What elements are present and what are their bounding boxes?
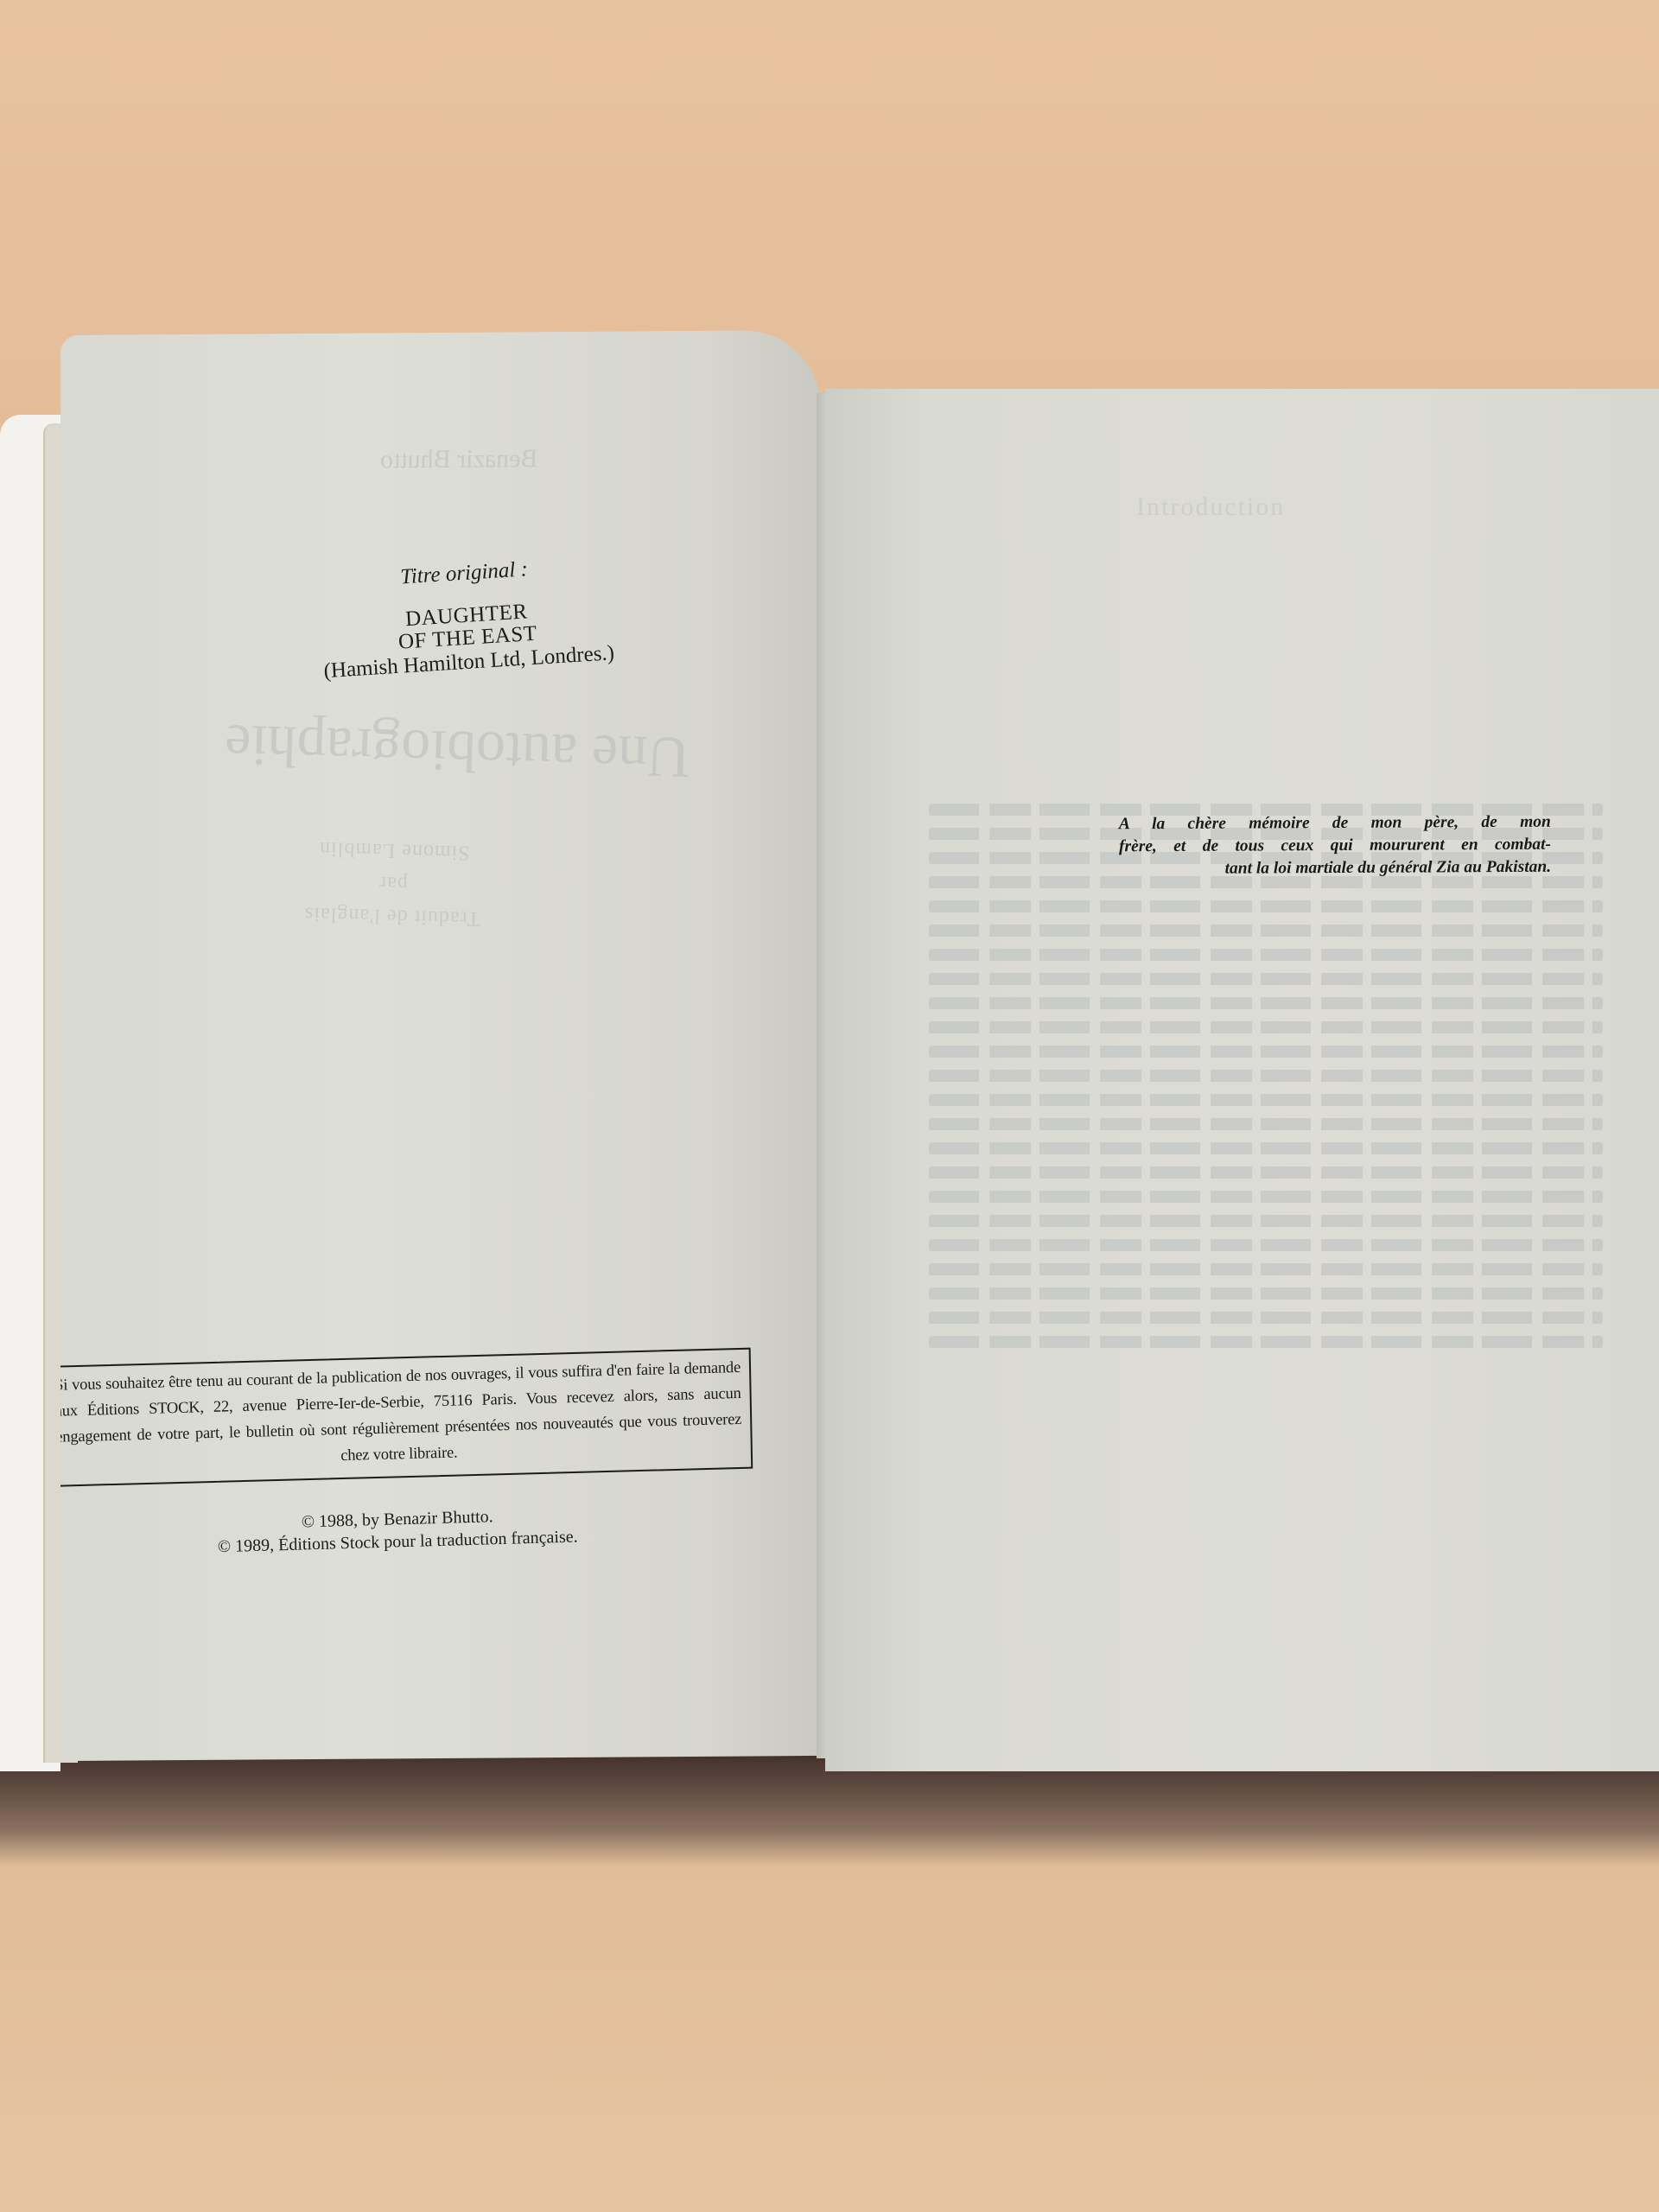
- dedication-line: A la chère mémoire de mon père, de mon: [1119, 811, 1551, 836]
- show-through-line: [929, 1118, 1603, 1130]
- show-through-title: Une autobiographie: [224, 710, 691, 791]
- dedication-line: tant la loi martiale du général Zia au P…: [1119, 856, 1551, 881]
- show-through-line: Traduit de l'anglais: [283, 897, 500, 936]
- show-through-line: [929, 1021, 1603, 1033]
- show-through-line: [929, 1215, 1603, 1227]
- original-title-label: Titre original :: [257, 549, 672, 599]
- show-through-line: [929, 1191, 1603, 1203]
- show-through-line: Simone Lamblin: [286, 831, 503, 870]
- show-through-line: [929, 1287, 1603, 1300]
- copyright-block: © 1988, by Benazir Bhutto. © 1989, Éditi…: [181, 1502, 614, 1559]
- show-through-line: [929, 997, 1603, 1009]
- show-through-line: [929, 973, 1603, 985]
- dedication: A la chère mémoire de mon père, de mon f…: [1119, 811, 1551, 881]
- show-through-line: [929, 949, 1603, 961]
- show-through-line: [929, 1070, 1603, 1082]
- dedication-line: frère, et de tous ceux qui moururent en …: [1119, 834, 1551, 859]
- show-through-line: [929, 1166, 1603, 1179]
- show-through-line: [929, 1142, 1603, 1154]
- show-through-line: [929, 900, 1603, 912]
- show-through-line: [929, 1312, 1603, 1324]
- show-through-chapter-header: Introduction: [1136, 493, 1285, 522]
- show-through-line: [929, 925, 1603, 937]
- show-through-line: [929, 1094, 1603, 1106]
- show-through-author-header: Benazir Bhutto: [380, 444, 537, 474]
- show-through-translation-credit: Traduit de l'anglais par Simone Lamblin: [283, 831, 503, 936]
- publisher-notice-box: Si vous souhaitez être tenu au courant d…: [60, 1348, 753, 1487]
- show-through-line: [929, 1336, 1603, 1348]
- show-through-line: [929, 1239, 1603, 1251]
- show-through-line: [929, 1046, 1603, 1058]
- left-page: Benazir Bhutto Titre original : DAUGHTER…: [60, 330, 821, 1761]
- right-page: Introduction A la chère mémoire de mon p…: [825, 389, 1659, 1771]
- show-through-line: [929, 1263, 1603, 1275]
- show-through-body-text: [929, 804, 1603, 1360]
- original-title-block: Titre original : DAUGHTER OF THE EAST (H…: [257, 549, 677, 689]
